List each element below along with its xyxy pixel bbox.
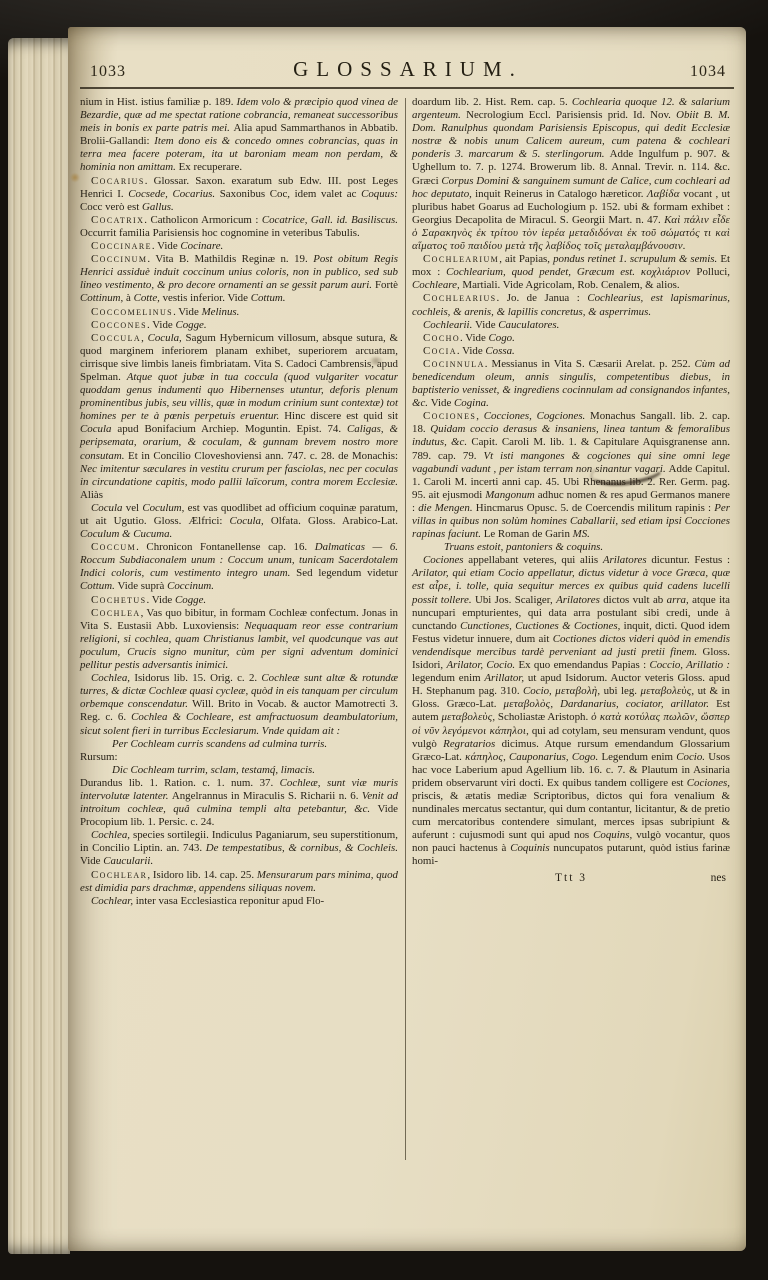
text-segment: Saxonibus Coc, idem valet ac — [220, 188, 361, 200]
page-number-right: 1034 — [656, 63, 726, 81]
text-segment: . Jo. de Janua : — [497, 292, 588, 304]
text-segment: Gallus. — [142, 201, 174, 213]
entry-headword: Cochlearius — [423, 292, 497, 304]
entry-headword: Cociones — [423, 410, 476, 422]
text-segment: Cocatrice, Gall. id. Basiliscus. — [262, 214, 398, 226]
text-segment: nium in Hist. istius familiæ p. 189. — [80, 96, 236, 108]
text-segment: Arilatores — [556, 594, 603, 606]
text-segment: vestis inferior. Vide — [163, 292, 251, 304]
text-segment: . Vide — [147, 594, 176, 606]
verse-line: Dic Cochleam turrim, sclam, testamq́, li… — [80, 764, 398, 777]
paragraph: Cocinnula. Messianus in Vita S. Cæsarii … — [412, 358, 730, 410]
entry-headword: Cochlear — [91, 869, 147, 881]
entry-headword: Coccomelinus — [91, 306, 173, 318]
text-segment: Cocciones, Cogciones. — [484, 410, 590, 422]
text-segment: Coccinum. — [167, 580, 214, 592]
paragraph: Cocarius. Glossar. Saxon. exaratum sub E… — [80, 175, 398, 214]
text-columns: nium in Hist. istius familiæ p. 189. Ide… — [68, 96, 746, 1160]
entry-headword: Cocarius — [91, 175, 145, 187]
text-segment: Vide — [80, 855, 103, 867]
text-segment: Dardanarius, cociator, arillator. — [560, 698, 716, 710]
text-segment: μεταβολὸς — [504, 698, 551, 710]
text-segment: Caucularii. — [103, 855, 153, 867]
column-divider-rule — [405, 98, 406, 1160]
book-scan: 1033 GLOSSARIUM. 1034 nium in Hist. isti… — [0, 0, 768, 1280]
page-title: GLOSSARIUM. — [160, 57, 656, 82]
text-segment: Cauculatores. — [498, 319, 559, 331]
text-column-right: doardum lib. 2. Hist. Rem. cap. 5. Cochl… — [412, 96, 730, 1160]
text-segment: , — [476, 410, 483, 422]
text-segment: αἶρε — [429, 580, 448, 592]
text-segment: Cossa. — [485, 345, 514, 357]
text-segment: μεταβολὴ — [555, 685, 597, 697]
text-segment: dictos vult ab — [603, 594, 666, 606]
text-segment: Cocc verò est — [80, 201, 142, 213]
text-segment: , — [550, 698, 560, 710]
paragraph: Cochlearii. Vide Cauculatores. — [412, 319, 730, 332]
text-segment: Cunctiones, Cuctiones & Coctiones, — [460, 620, 624, 632]
text-segment: Cociones — [423, 554, 468, 566]
text-segment: Cocinare. — [180, 240, 223, 252]
book-page: 1033 GLOSSARIUM. 1034 nium in Hist. isti… — [68, 27, 746, 1251]
text-segment: Cocula, — [230, 515, 271, 527]
text-segment: . Vide — [147, 319, 176, 331]
paragraph: Cochlea, species sortilegii. Indiculus P… — [80, 829, 398, 868]
text-segment: Coquinis — [510, 842, 553, 854]
page-number-left: 1033 — [90, 63, 160, 81]
text-column-left: nium in Hist. istius familiæ p. 189. Ide… — [80, 96, 398, 1160]
text-segment: inquit Reinerus in Catalogo hæreticor. — [475, 188, 647, 200]
entry-headword: Cocho — [423, 332, 460, 344]
entry-headword: Cochlearium — [423, 253, 499, 265]
text-segment: Regratarios — [443, 738, 501, 750]
text-segment: Ubi Jos. Scaliger, — [475, 594, 556, 606]
text-segment: μεταβολεὺς — [441, 711, 492, 723]
paragraph: Durandus lib. 1. Ration. c. 1. num. 37. … — [80, 777, 398, 829]
text-segment: Arillator, — [484, 672, 527, 684]
text-segment: . Chronicon Fontanellense cap. 16. — [136, 541, 315, 553]
text-segment: Necrologium Eccl. Parisiensis prid. Id. … — [466, 109, 676, 121]
paragraph: Coccinare. Vide Cocinare. — [80, 240, 398, 253]
text-segment: , ubi leg. — [597, 685, 640, 697]
text-segment: Angelrannus in Miraculis S. Richarii n. … — [172, 790, 362, 802]
text-segment: . Vide — [457, 345, 486, 357]
text-segment: Fortè — [375, 279, 398, 291]
paragraph: Coccinum. Vita B. Mathildis Reginæ n. 19… — [80, 253, 398, 305]
paragraph: Cochlear, Isidoro lib. 14. cap. 25. Mens… — [80, 869, 398, 895]
text-segment: Cogge. — [175, 319, 206, 331]
text-segment: κάπηλος — [465, 751, 503, 763]
paragraph: Cochlearius. Jo. de Janua : Cochlearius,… — [412, 292, 730, 318]
paragraph: Cocatrix. Catholicon Armoricum : Cocatri… — [80, 214, 398, 240]
text-segment: Cochleare, — [412, 279, 462, 291]
text-segment: Cociones, — [687, 777, 730, 789]
text-segment: Olfata. Gloss. Arabico-Lat. — [271, 515, 398, 527]
text-segment: Cocio. — [676, 751, 708, 763]
entry-headword: Cochetus — [91, 594, 147, 606]
entry-headword: Cocia — [423, 345, 457, 357]
paragraph: Cochlear, inter vasa Ecclesiastica repon… — [80, 895, 398, 908]
verse-line: Per Cochleam curris scandens ad culmina … — [80, 738, 398, 751]
text-segment: Vide suprà — [118, 580, 168, 592]
entry-headword: Coccula — [91, 332, 141, 344]
text-segment: Et in Concilio Cloveshoviensi ann. 747. … — [128, 450, 398, 462]
text-segment: Λαβίδα — [647, 188, 683, 200]
text-segment: Hinc discere est quid sit — [284, 410, 398, 422]
text-segment: Isidorus lib. 15. Orig. c. 2. — [134, 672, 261, 684]
text-segment: De tempestatibus, & cornibus, & Cochleis… — [206, 842, 398, 854]
text-segment: Ex quo emendandus Papias : — [518, 659, 649, 671]
text-segment: Cottum. — [251, 292, 286, 304]
paragraph: Coccomelinus. Vide Melinus. — [80, 306, 398, 319]
paragraph: Cocho. Vide Cogo. — [412, 332, 730, 345]
text-segment: Cocsede, Cocarius. — [128, 188, 220, 200]
text-segment: Mangonum — [485, 489, 538, 501]
paragraph: nium in Hist. istius familiæ p. 189. Ide… — [80, 96, 398, 175]
paragraph: doardum lib. 2. Hist. Rem. cap. 5. Cochl… — [412, 96, 730, 253]
paragraph: Cochlea, Vas quo bibitur, in formam Coch… — [80, 607, 398, 672]
text-segment: Cochlea, — [91, 829, 133, 841]
text-segment: Coquins, — [593, 829, 636, 841]
text-segment: Cocula, — [148, 332, 186, 344]
text-segment: Sed legendum videtur — [296, 567, 398, 579]
text-segment: κοχλιάριον — [641, 266, 697, 278]
book-page-edges — [8, 38, 70, 1254]
entry-headword: Coccinum — [91, 253, 147, 265]
page-header: 1033 GLOSSARIUM. 1034 — [68, 27, 746, 82]
text-segment: Coculum & Cucuma. — [80, 528, 172, 540]
text-segment: Martiali. Vide Agricolam, Rob. Cenalem, … — [462, 279, 679, 291]
text-segment: die Mengen. — [418, 502, 476, 514]
text-segment: Vide — [431, 397, 454, 409]
entry-headword: Cochlea — [91, 607, 141, 619]
verse-line: Truans estoit, pantoniers & coquins. — [412, 541, 730, 554]
text-segment: MS. — [573, 528, 590, 540]
column-right-paragraphs: doardum lib. 2. Hist. Rem. cap. 5. Cochl… — [412, 96, 730, 869]
text-segment: μεταβολεὺς — [641, 685, 692, 697]
text-segment: Nec imitentur sæculares in vestitu cruru… — [80, 463, 398, 488]
text-segment: Cochlearii. — [423, 319, 475, 331]
text-segment: dicuntur. Festus : — [651, 554, 730, 566]
catchword: nes — [711, 872, 726, 885]
text-segment: apud Bonifacium Archiep. Moguntin. Epist… — [117, 423, 347, 435]
text-segment: Cogina. — [454, 397, 489, 409]
text-segment: . Vide — [173, 306, 202, 318]
text-segment: Per Cochleam curris scandens ad culmina … — [112, 738, 327, 750]
entry-headword: Coccum — [91, 541, 136, 553]
paragraph: Cocula vel Coculum, est vas quodlibet ad… — [80, 502, 398, 541]
paragraph: Cochlea, Isidorus lib. 15. Orig. c. 2. C… — [80, 672, 398, 737]
entry-headword: Coccones — [91, 319, 147, 331]
signature-line: Ttt 3 nes — [412, 872, 730, 885]
text-segment: Truans estoit, pantoniers & coquins. — [444, 541, 603, 553]
text-segment: Cottum. — [80, 580, 118, 592]
text-segment: Ex recuperare. — [179, 161, 242, 173]
text-segment: Cogge. — [175, 594, 206, 606]
text-segment: Le Roman de Garin — [484, 528, 573, 540]
text-segment: Cochlea, — [91, 672, 134, 684]
text-segment: Arilator, Cocio. — [446, 659, 518, 671]
column-left-paragraphs: nium in Hist. istius familiæ p. 189. Ide… — [80, 96, 398, 908]
text-segment: Coculum, — [142, 502, 187, 514]
text-segment: Cocula — [91, 502, 126, 514]
text-segment: Cochlear, — [91, 895, 136, 907]
text-segment: Aliàs — [80, 489, 103, 501]
paragraph: Cochetus. Vide Cogge. — [80, 594, 398, 607]
text-segment: Cocula — [80, 423, 117, 435]
text-segment: pondus retinet 1. scrupulum & semis. — [553, 253, 720, 265]
text-segment: . Vita B. Mathildis Reginæ n. 19. — [147, 253, 313, 265]
text-segment: Cochlearium, quod pendet, Græcum est. — [446, 266, 641, 278]
text-segment: Hincmarus Opusc. 5. de Coercendis militu… — [476, 502, 715, 514]
text-segment: vel — [126, 502, 143, 514]
text-segment: Cogo. — [489, 332, 515, 344]
text-segment: inter vasa Ecclesiastica reponitur apud … — [136, 895, 324, 907]
text-segment: doardum lib. 2. Hist. Rem. cap. 5. — [412, 96, 572, 108]
text-segment: Durandus lib. 1. Ration. c. 1. num. 37. — [80, 777, 280, 789]
text-segment: Arilatores — [603, 554, 651, 566]
text-segment: Vide — [475, 319, 498, 331]
paragraph: Cociones, Cocciones, Cogciones. Monachus… — [412, 410, 730, 541]
paragraph: Coccum. Chronicon Fontanellense cap. 16.… — [80, 541, 398, 593]
text-segment: Cottinum, — [80, 292, 126, 304]
text-segment: , Isidoro lib. 14. cap. 25. — [147, 869, 256, 881]
entry-headword: Coccinare — [91, 240, 152, 252]
text-segment: legendum enim — [412, 672, 484, 684]
paragraph: Cociones appellabant veteres, qui aliis … — [412, 554, 730, 868]
text-segment: Melinus. — [202, 306, 240, 318]
text-segment: appellabant veteres, qui aliis — [468, 554, 603, 566]
text-segment: Legendum enim — [601, 751, 676, 763]
paragraph: Coccula, Cocula, Sagum Hybernicum villos… — [80, 332, 398, 502]
text-segment: Cocio, — [523, 685, 555, 697]
text-segment: , Scholiastæ Aristoph. — [492, 711, 591, 723]
text-segment: . Vide — [460, 332, 489, 344]
text-segment: . Messianus in Vita S. Cæsarii Arelat. p… — [485, 358, 695, 370]
paragraph: Coccones. Vide Cogge. — [80, 319, 398, 332]
signature-mark: Ttt 3 — [555, 872, 587, 885]
text-segment: Cotte, — [134, 292, 163, 304]
paragraph: Rursum: — [80, 751, 398, 764]
text-segment: Dic Cochleam turrim, sclam, testamq́, li… — [112, 764, 315, 776]
text-segment: , ait Papias, — [499, 253, 553, 265]
entry-headword: Cocinnula — [423, 358, 485, 370]
text-segment: Coccio, Arillatio : — [649, 659, 730, 671]
text-segment: Occurrit familia Parisiensis hoc cognomi… — [80, 227, 360, 239]
text-segment: . Vide — [152, 240, 181, 252]
paragraph: Cocia. Vide Cossa. — [412, 345, 730, 358]
text-segment: arra, — [667, 594, 692, 606]
text-segment: à — [126, 292, 134, 304]
text-segment: Rursum: — [80, 751, 118, 763]
entry-headword: Cocatrix — [91, 214, 144, 226]
header-rule — [80, 87, 734, 89]
text-segment: Cauponarius, Cogo. — [509, 751, 601, 763]
text-segment: Polluci, — [696, 266, 730, 278]
paragraph: Cochlearium, ait Papias, pondus retinet … — [412, 253, 730, 292]
text-segment: . Catholicon Armoricum : — [144, 214, 262, 226]
text-segment: Coquus: — [361, 188, 398, 200]
